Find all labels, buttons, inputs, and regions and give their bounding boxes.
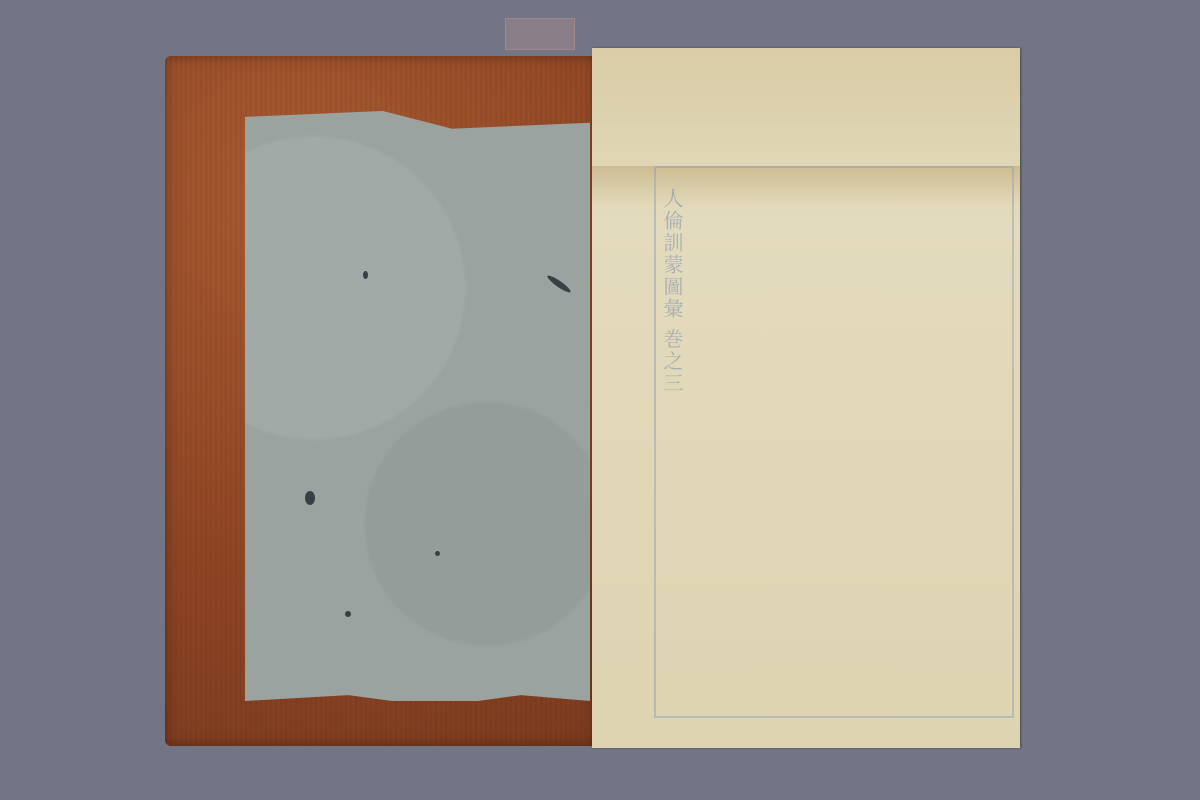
print-border: 人倫訓蒙圖彙 巻之三 [654, 166, 1014, 718]
open-book: 人倫訓蒙圖彙 巻之三 [165, 48, 1023, 750]
front-cover-inside [165, 56, 595, 746]
catalog-tab [505, 18, 575, 50]
title-column: 人倫訓蒙圖彙 巻之三 [658, 188, 687, 394]
endpaper [245, 111, 590, 701]
printed-page: 人倫訓蒙圖彙 巻之三 [592, 48, 1020, 748]
